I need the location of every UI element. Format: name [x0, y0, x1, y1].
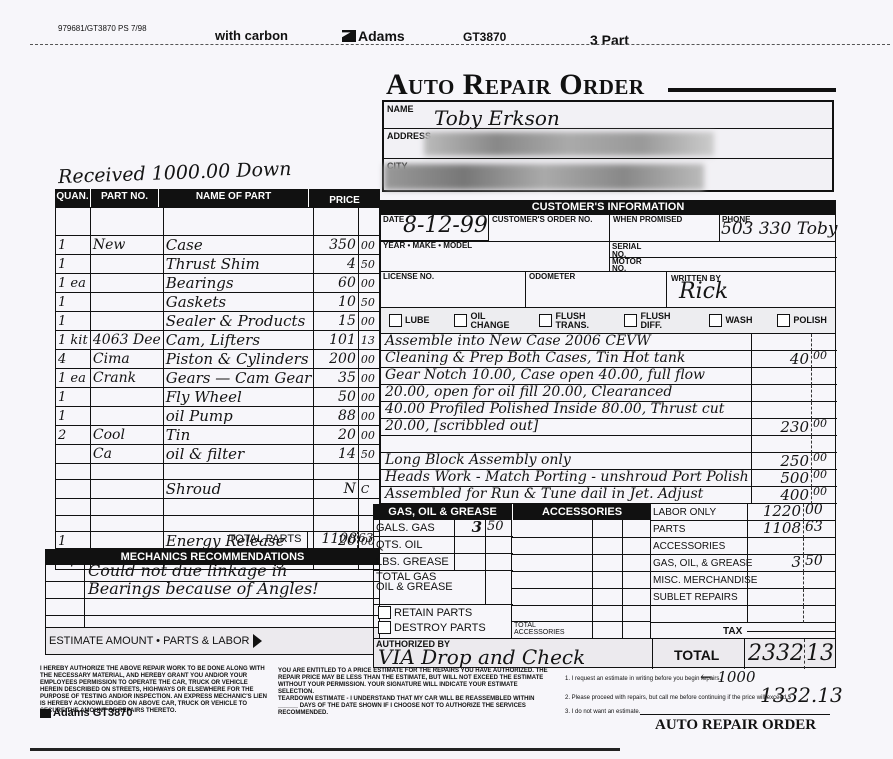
retain-parts-checkbox[interactable]: RETAIN PARTS [378, 606, 472, 619]
labor-line[interactable]: Cleaning & Prep Both Cases, Tin Hot tank… [381, 351, 837, 368]
labor-line[interactable]: 20.00, open for oil fill 20.00, Clearanc… [381, 385, 837, 402]
checkbox-icon [624, 314, 637, 327]
part-price[interactable]: 350 [314, 236, 359, 255]
date-field[interactable]: DATE 8-12-99 [381, 215, 489, 241]
gas-oil-cents: 50 [487, 519, 504, 534]
summary-row: GAS, OIL, & GREASE 3 50 [651, 555, 836, 572]
labor-description: Long Block Assembly only [385, 452, 571, 468]
summary-label: LABOR ONLY [653, 507, 716, 518]
gas-oil-label: GALS. GAS [376, 522, 435, 534]
part-number[interactable] [90, 499, 163, 515]
gas-oil-header: GAS, OIL & GREASE [373, 504, 512, 520]
gas-oil-section: TOTAL GAS OIL & GREASE RETAIN PARTS DEST… [373, 520, 512, 638]
part-price[interactable]: 15 [314, 312, 359, 331]
adams-logo-icon [40, 709, 51, 718]
part-cents[interactable]: 00 [358, 312, 379, 331]
part-price[interactable]: 88 [314, 407, 359, 426]
gas-oil-price: 3 [456, 518, 482, 536]
part-number[interactable] [90, 464, 163, 480]
checkbox-icon [777, 314, 790, 327]
part-quantity[interactable] [56, 515, 91, 531]
labor-description: Heads Work - Match Porting - unshroud Po… [385, 469, 749, 485]
labor-price: 250 [753, 452, 809, 470]
grand-total-price: 2332 [746, 641, 804, 666]
part-name[interactable]: Shroud [163, 480, 314, 499]
part-number[interactable] [90, 208, 163, 236]
customer-info-grid: DATE 8-12-99 CUSTOMER'S ORDER NO. WHEN P… [380, 215, 836, 308]
service-wash[interactable]: WASH [709, 314, 752, 327]
summary-cents: 50 [805, 553, 823, 569]
part-cents[interactable]: 00 [358, 426, 379, 445]
estimate-rights-text: You are entitled to a price estimate for… [278, 668, 550, 696]
summary-label: SUBLET REPAIRS [653, 592, 738, 603]
part-number[interactable]: 4063 Dee [90, 331, 163, 350]
table-row: Caoil & filter1450 [56, 445, 380, 464]
part-quantity[interactable]: 1 ea [56, 274, 91, 293]
part-number[interactable]: Cima [90, 350, 163, 369]
labor-description: 20.00, [scribbled out] [385, 418, 538, 434]
header-quan: QUAN. [55, 189, 90, 207]
table-row: 2CoolTin2000 [56, 426, 380, 445]
part-name[interactable]: Gears — Cam Gear [163, 369, 314, 388]
total-parts-row: TOTAL PARTS 1108 63 [55, 531, 380, 549]
labor-description: Assembled for Run & Tune dail in Jet. Ad… [385, 486, 703, 502]
part-cents[interactable]: 00 [358, 274, 379, 293]
labor-cents: 00 [813, 349, 827, 362]
labor-cents: 00 [813, 485, 827, 498]
part-price[interactable]: 60 [314, 274, 359, 293]
summary-row: PARTS 1108 63 [651, 521, 836, 538]
part-name[interactable]: oil & filter [163, 445, 314, 464]
part-number[interactable] [90, 388, 163, 407]
part-quantity[interactable] [56, 208, 91, 236]
part-price[interactable] [314, 464, 359, 480]
labor-price: 40 [753, 350, 809, 368]
part-quantity[interactable] [56, 445, 91, 464]
part-number[interactable] [90, 515, 163, 531]
part-price[interactable]: 50 [314, 388, 359, 407]
gas-oil-row[interactable]: LBS. GREASE [374, 554, 513, 571]
part-price[interactable]: N [314, 480, 359, 499]
authorized-value[interactable]: VIA Drop and Check [378, 645, 585, 669]
table-row [56, 499, 380, 515]
checkbox-icon [539, 314, 552, 327]
part-number[interactable]: Crank [90, 369, 163, 388]
labor-line[interactable]: 40.00 Profiled Polished Inside 80.00, Th… [381, 402, 837, 419]
part-name[interactable] [163, 499, 314, 515]
part-cents[interactable]: 00 [358, 407, 379, 426]
gas-oil-label: QTS. OIL [376, 539, 422, 551]
part-number[interactable]: Cool [90, 426, 163, 445]
part-number[interactable]: New [90, 236, 163, 255]
service-polish[interactable]: POLISH [777, 314, 827, 327]
destroy-parts-checkbox[interactable]: DESTROY PARTS [378, 621, 486, 634]
checkbox-icon [709, 314, 722, 327]
part-quantity[interactable]: 1 [56, 236, 91, 255]
summary-section: LABOR ONLY 1220 00PARTS 1108 63ACCESSORI… [651, 504, 836, 639]
part-number[interactable] [90, 274, 163, 293]
table-row: 1 eaCrankGears — Cam Gear3500 [56, 369, 380, 388]
labor-description: Assemble into New Case 2006 CEVW [385, 333, 651, 349]
brand-logo: Adams [342, 28, 405, 44]
header-part-no: PART NO. [90, 189, 158, 207]
part-quantity[interactable]: 4 [56, 350, 91, 369]
labor-cents: 00 [813, 417, 827, 430]
header-price: PRICE [308, 189, 380, 207]
part-number[interactable] [90, 407, 163, 426]
service-lube[interactable]: LUBE [389, 314, 430, 327]
part-cents[interactable] [358, 208, 379, 236]
part-quantity[interactable]: 1 [56, 388, 91, 407]
table-row: 4CimaPiston & Cylinders20000 [56, 350, 380, 369]
labor-line[interactable]: Gear Notch 10.00, Case open 40.00, full … [381, 368, 837, 385]
adams-logo-icon [342, 30, 356, 42]
services-row: LUBEOIL CHANGEFLUSH TRANS.FLUSH DIFF.WAS… [380, 308, 836, 334]
part-number[interactable] [90, 293, 163, 312]
summary-row: MISC. MERCHANDISE [651, 572, 836, 589]
part-cents[interactable]: 00 [358, 388, 379, 407]
total-accessories-label: TOTAL ACCESSORIES [514, 622, 584, 636]
service-oil-change[interactable]: OIL CHANGE [454, 312, 514, 330]
estimate-row: ESTIMATE AMOUNT • PARTS & LABOR [45, 627, 380, 655]
part-quantity[interactable]: 1 [56, 255, 91, 274]
form-code: 979681/GT3870 PS 7/98 [58, 24, 147, 33]
tax-label: TAX [723, 626, 742, 637]
summary-row [651, 606, 836, 623]
service-flush-trans[interactable]: FLUSH TRANS. [539, 312, 599, 330]
part-cents[interactable]: 00 [358, 236, 379, 255]
summary-label: MISC. MERCHANDISE [653, 575, 757, 586]
labor-description: Gear Notch 10.00, Case open 40.00, full … [385, 367, 705, 383]
table-row: 1Thrust Shim450 [56, 255, 380, 274]
part-name[interactable] [163, 208, 314, 236]
received-note: Received 1000.00 Down [58, 158, 292, 188]
part-price[interactable]: 20 [314, 426, 359, 445]
checkbox-icon [378, 621, 391, 634]
table-row [56, 464, 380, 480]
estimate-option-1-value: ← 1000 [700, 668, 756, 686]
part-name[interactable]: Cam, Lifters [163, 331, 314, 350]
title-rule [668, 88, 836, 92]
gas-oil-row[interactable]: QTS. OIL [374, 537, 513, 554]
labor-price: 500 [753, 469, 809, 487]
ymm-label: YEAR • MAKE • MODEL [383, 241, 472, 250]
parts-count: 3 Part [590, 32, 629, 48]
table-row: 1Fly Wheel5000 [56, 388, 380, 407]
part-name[interactable] [163, 515, 314, 531]
part-quantity[interactable] [56, 480, 91, 499]
part-price[interactable]: 4 [314, 255, 359, 274]
estimate-option-3[interactable]: 3. I do not want an estimate. [565, 709, 640, 715]
part-name[interactable]: Fly Wheel [163, 388, 314, 407]
part-number[interactable] [90, 255, 163, 274]
part-quantity[interactable]: 1 [56, 407, 91, 426]
table-row: 1NewCase35000 [56, 236, 380, 255]
table-row: 1 eaBearings6000 [56, 274, 380, 293]
perforation-line [30, 44, 890, 45]
labor-line[interactable]: 20.00, [scribbled out] 230 00 [381, 419, 837, 436]
order-no-label: CUSTOMER'S ORDER NO. [492, 215, 592, 224]
labor-description: 40.00 Profiled Polished Inside 80.00, Th… [385, 401, 724, 417]
part-quantity[interactable]: 1 [56, 293, 91, 312]
footer-brand: Adams GT3870 [40, 707, 132, 719]
part-quantity[interactable]: 1 ea [56, 369, 91, 388]
estimate-option-2-value: 1332.13 [760, 683, 843, 707]
part-cents[interactable]: 13 [358, 331, 379, 350]
checkbox-icon [389, 314, 402, 327]
authorized-total-row: AUTHORIZED BY VIA Drop and Check TOTAL 2… [373, 638, 836, 668]
part-name[interactable]: Sealer & Products [163, 312, 314, 331]
part-name[interactable]: Bearings [163, 274, 314, 293]
gas-oil-label: LBS. GREASE [376, 556, 449, 568]
labor-description: 20.00, open for oil fill 20.00, Clearanc… [385, 384, 672, 400]
header-name-of-part: NAME OF PART [158, 189, 308, 207]
table-row: 1Gaskets1050 [56, 293, 380, 312]
part-name[interactable]: oil Pump [163, 407, 314, 426]
part-name[interactable]: Case [163, 236, 314, 255]
summary-label: PARTS [653, 524, 685, 535]
part-price[interactable]: 35 [314, 369, 359, 388]
estimate-option-1[interactable]: 1. I request an estimate in writing befo… [565, 676, 721, 682]
table-row: ShroudNC [56, 480, 380, 499]
part-price[interactable]: 200 [314, 350, 359, 369]
mechanics-line-1: Could not due linkage in [88, 561, 287, 580]
labor-line[interactable]: Long Block Assembly only 250 00 [381, 453, 837, 470]
part-cents[interactable]: 50 [358, 255, 379, 274]
part-cents[interactable]: 00 [358, 369, 379, 388]
summary-price: 3 [749, 553, 801, 571]
phone-value[interactable]: 503 330 Toby [721, 219, 837, 239]
table-row [56, 515, 380, 531]
product-code: GT3870 [463, 30, 506, 44]
page-title: Auto Repair Order [386, 68, 645, 102]
part-price[interactable]: 101 [314, 331, 359, 350]
table-row [56, 208, 380, 236]
accessories-header: ACCESSORIES [512, 504, 651, 520]
gas-oil-row[interactable]: GALS. GAS 3 50 [374, 520, 513, 537]
carbon-label: with carbon [215, 28, 288, 43]
part-number[interactable] [90, 480, 163, 499]
part-number[interactable]: Ca [90, 445, 163, 464]
arrow-right-icon [253, 634, 262, 648]
parts-table: 1NewCase350001Thrust Shim4501 eaBearings… [55, 207, 380, 570]
part-quantity[interactable]: 1 [56, 312, 91, 331]
part-quantity[interactable] [56, 499, 91, 515]
grand-total-cents: 13 [806, 641, 834, 666]
part-cents[interactable]: C [358, 480, 379, 499]
part-name[interactable] [163, 464, 314, 480]
part-cents[interactable]: 50 [358, 293, 379, 312]
mechanics-line-2: Bearings because of Angles! [88, 579, 319, 598]
summary-price: 1108 [749, 519, 801, 537]
part-price[interactable] [314, 208, 359, 236]
part-price[interactable] [314, 499, 359, 515]
name-label: NAME [387, 104, 414, 114]
summary-row: SUBLET REPAIRS [651, 589, 836, 606]
part-quantity[interactable]: 1 kit [56, 331, 91, 350]
part-cents[interactable] [358, 464, 379, 480]
odometer-label: ODOMETER [529, 272, 575, 281]
part-cents[interactable]: 50 [358, 445, 379, 464]
part-name[interactable]: Thrust Shim [163, 255, 314, 274]
part-cents[interactable]: 00 [358, 350, 379, 369]
labor-section: Assemble into New Case 2006 CEVW Cleanin… [380, 334, 836, 504]
part-name[interactable]: Gaskets [163, 293, 314, 312]
license-label: LICENSE NO. [383, 272, 434, 281]
motor-label: MOTOR NO. [612, 258, 642, 272]
service-flush-diff[interactable]: FLUSH DIFF. [624, 312, 684, 330]
labor-cents: 00 [813, 468, 827, 481]
table-row: 1Sealer & Products1500 [56, 312, 380, 331]
part-price[interactable]: 10 [314, 293, 359, 312]
tax-row: TAX [651, 625, 836, 639]
labor-line[interactable] [381, 436, 837, 453]
summary-price: 1220 [749, 502, 801, 520]
summary-cents: 00 [805, 502, 823, 518]
customer-box: NAME Toby Erkson ADDRESS CITY [382, 100, 834, 192]
labor-line[interactable]: Heads Work - Match Porting - unshroud Po… [381, 470, 837, 487]
labor-line[interactable]: Assemble into New Case 2006 CEVW [381, 334, 837, 351]
written-by-value: Rick [679, 279, 728, 304]
labor-price: 230 [753, 418, 809, 436]
teardown-text: Teardown estimate - I understand that my… [278, 696, 550, 717]
accessories-section: TOTAL ACCESSORIES [512, 520, 651, 638]
table-row: 1 kit4063 DeeCam, Lifters10113 [56, 331, 380, 350]
address-redacted [424, 132, 714, 156]
labor-cents: 00 [813, 451, 827, 464]
total-parts-price: 1108 [307, 531, 357, 548]
total-label: TOTAL [674, 647, 719, 663]
checkbox-icon [378, 606, 391, 619]
summary-cents: 63 [805, 519, 823, 535]
customer-name[interactable]: Toby Erkson [434, 106, 560, 130]
mechanics-section: Could not due linkage in Bearings becaus… [45, 565, 380, 627]
date-value: 8-12-99 [403, 213, 488, 238]
part-price[interactable]: 14 [314, 445, 359, 464]
summary-label: GAS, OIL, & GREASE [653, 558, 752, 569]
estimate-label: ESTIMATE AMOUNT • PARTS & LABOR [49, 635, 249, 647]
part-price[interactable] [314, 515, 359, 531]
estimate-option-2[interactable]: 2. Please proceed with repairs, but call… [565, 695, 791, 701]
checkbox-icon [454, 314, 467, 327]
part-quantity[interactable]: 2 [56, 426, 91, 445]
part-number[interactable] [90, 312, 163, 331]
when-promised-label: WHEN PROMISED [613, 215, 682, 224]
total-gas-label: TOTAL GAS OIL & GREASE [374, 572, 454, 592]
total-parts-label: TOTAL PARTS [56, 531, 307, 548]
labor-description: Cleaning & Prep Both Cases, Tin Hot tank [385, 350, 685, 366]
table-row: 1oil Pump8800 [56, 407, 380, 426]
summary-label: ACCESSORIES [653, 541, 725, 552]
part-name[interactable]: Tin [163, 426, 314, 445]
part-name[interactable]: Piston & Cylinders [163, 350, 314, 369]
part-quantity[interactable] [56, 464, 91, 480]
parts-table-header: QUAN. PART NO. NAME OF PART PRICE [55, 189, 380, 207]
city-redacted [384, 164, 704, 190]
footer-title: AUTO REPAIR ORDER [655, 717, 816, 734]
